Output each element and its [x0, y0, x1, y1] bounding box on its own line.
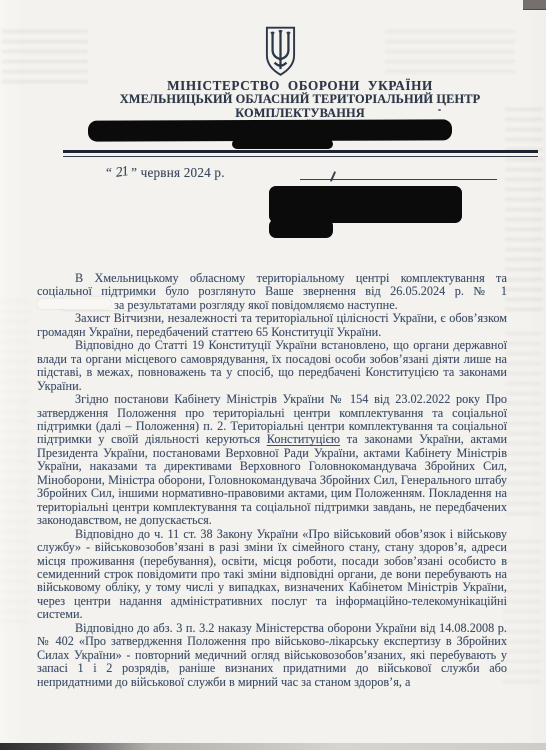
bleed-through-artifact: [2, 300, 30, 630]
date-line: “ 21 ” червня 2024 р.: [106, 165, 225, 182]
bleed-through-artifact: [505, 332, 541, 517]
paragraph-4-text: та законами України, актами Президента У…: [37, 432, 507, 527]
paragraph-1-text: В Хмельницькому обласному територіальном…: [37, 271, 507, 298]
scanner-corner-mark: [523, 0, 546, 10]
bleed-through-artifact: [2, 30, 88, 84]
letterhead-divider-rule: [63, 150, 538, 157]
bleed-through-artifact: [505, 108, 543, 318]
redaction-bar-contacts: [232, 139, 333, 149]
paragraph-3: Відповідно до Статті 19 Конституції Укра…: [37, 339, 507, 393]
paragraph-1: В Хмельницькому обласному територіальном…: [37, 272, 507, 312]
underlined-word: Конституцією: [267, 432, 340, 446]
org-name-line1: ХМЕЛЬНИЦЬКИЙ ОБЛАСНИЙ ТЕРИТОРІАЛЬНИЙ ЦЕН…: [55, 93, 545, 120]
redaction-recipient-block: [269, 186, 462, 223]
ukraine-coat-of-arms-icon: [263, 26, 298, 77]
handwritten-day: 21: [114, 164, 128, 182]
bleed-through-artifact: [385, 30, 515, 76]
ministry-title: МІНІСТЕРСТВО ОБОРОНИ УКРАЇНИ: [55, 79, 545, 93]
bleed-through-artifact: [503, 540, 541, 690]
quote-open: “: [106, 165, 112, 180]
paragraph-4: Згідно постанови Кабінету Міністрів Укра…: [37, 393, 507, 528]
paragraph-2: Захист Вітчизни, незалежності та територ…: [37, 312, 507, 339]
redaction-inline: [37, 299, 111, 309]
redaction-recipient-block: [269, 219, 333, 238]
paragraph-6: Відповідно до абз. 3 п. 3.2 наказу Мініс…: [37, 622, 507, 689]
scanner-bottom-edge: [0, 743, 546, 750]
scanned-letter-page: МІНІСТЕРСТВО ОБОРОНИ УКРАЇНИ ХМЕЛЬНИЦЬКИ…: [0, 0, 546, 750]
letter-body: В Хмельницькому обласному територіальном…: [37, 272, 507, 689]
pen-mark: [330, 171, 336, 182]
date-text: червня 2024 р.: [137, 165, 225, 180]
paragraph-1-text: за результатами розгляду якої повідомляє…: [111, 298, 398, 312]
paragraph-5: Відповідно до ч. 11 ст. 38 Закону Україн…: [37, 528, 507, 622]
